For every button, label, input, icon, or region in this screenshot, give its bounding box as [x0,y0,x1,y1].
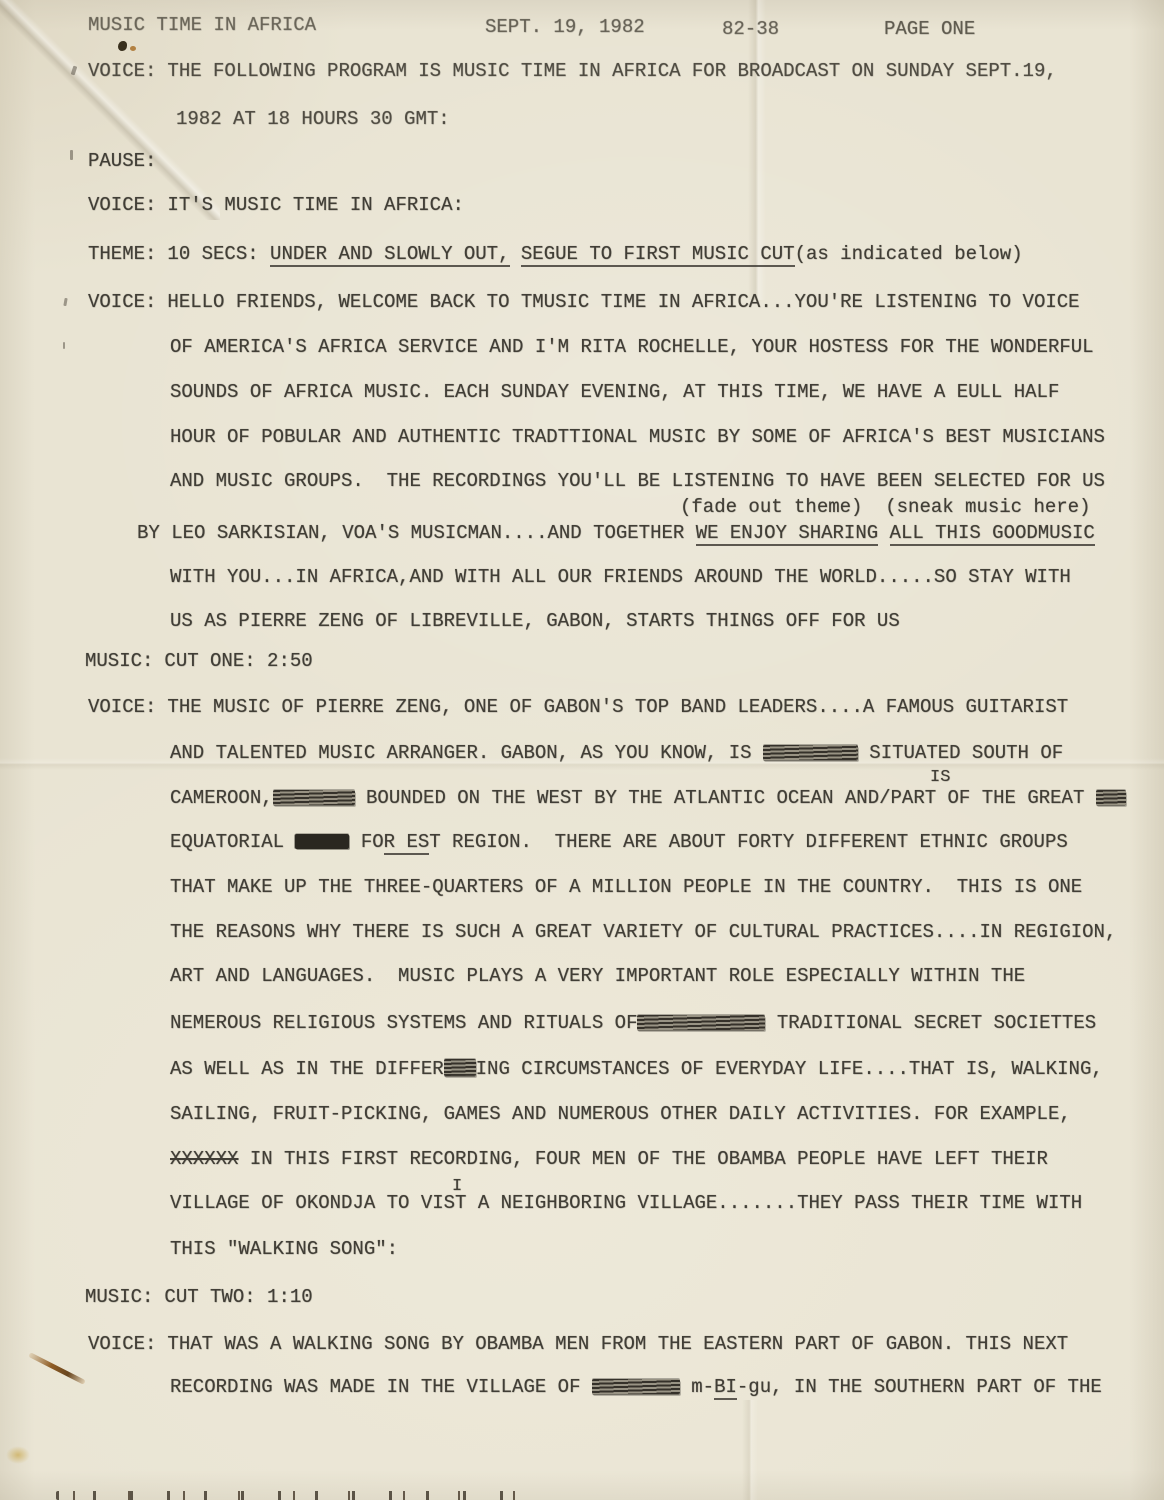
script-line: ART AND LANGUAGES. MUSIC PLAYS A VERY IM… [170,965,1025,987]
line-text: AS WELL AS IN THE DIFFER [170,1058,444,1080]
line-text: THE FOLLOWING PROGRAM IS MUSIC TIME IN A… [167,60,1056,82]
speaker-label: VOICE: [88,291,156,313]
line-text: (as indicated below) [795,243,1023,265]
speaker-label: VOICE: [88,1333,156,1355]
script-line: OF AMERICA'S AFRICA SERVICE AND I'M RITA… [170,336,1094,358]
stray-mark [63,298,67,306]
redaction-blot [637,1015,765,1030]
stray-mark [63,342,65,349]
script-line: PAUSE: [88,150,156,172]
speaker-label: MUSIC: [85,650,153,672]
script-line: CAMEROON, BOUNDED ON THE WEST BY THE ATL… [170,787,1126,809]
line-text: 10 SECS: [167,243,270,265]
script-line: VOICE:THAT WAS A WALKING SONG BY OBAMBA … [88,1333,1068,1355]
header-date: SEPT. 19, 1982 [485,16,645,38]
script-line: VILLAGE OF OKONDJA TO VIST A NEIGHBORING… [170,1192,1082,1214]
redaction-blot [763,745,858,760]
line-text: CUT TWO: 1:10 [164,1286,312,1308]
script-line: NEMEROUS RELIGIOUS SYSTEMS AND RITUALS O… [170,1012,1096,1034]
line-text: BOUNDED ON THE WEST BY THE ATLANTIC OCEA… [355,787,1096,809]
line-text: IT'S MUSIC TIME IN AFRICA: [167,194,463,216]
script-line: AND MUSIC GROUPS. THE RECORDINGS YOU'LL … [170,470,1105,492]
script-line: THE REASONS WHY THERE IS SUCH A GREAT VA… [170,921,1116,943]
underlined-text: ALL THIS GOODMUSIC [890,522,1095,546]
speaker-label: VOICE: [88,194,156,216]
scanned-typescript-page: { "doc": { "header": { "title": "MUSIC T… [0,0,1164,1500]
line-text [878,522,889,544]
redaction-blot [444,1059,476,1076]
stray-mark [71,66,78,76]
rust-dot [130,46,136,51]
script-line: SOUNDS OF AFRICA MUSIC. EACH SUNDAY EVEN… [170,381,1059,403]
line-text: THE MUSIC OF PIERRE ZENG, ONE OF GABON'S… [167,696,1068,718]
script-line: US AS PIERRE ZENG OF LIBREVILLE, GABON, … [170,610,900,632]
line-text: -gu, IN THE SOUTHERN PART OF THE [737,1376,1102,1398]
line-text: SITUATED SOUTH OF [858,742,1063,764]
script-line: AS WELL AS IN THE DIFFERING CIRCUMSTANCE… [170,1058,1103,1080]
underlined-text: SEGUE TO FIRST MUSIC CUT [521,243,795,267]
line-text: FO [349,831,383,853]
script-line: THEME:10 SECS: UNDER AND SLOWLY OUT, SEG… [88,243,1023,265]
script-line: MUSIC:CUT ONE: 2:50 [85,650,313,672]
redaction-blot [273,790,355,805]
script-line: MUSIC:CUT TWO: 1:10 [85,1286,313,1308]
scratch-stain [28,1352,86,1385]
script-line: VOICE:THE MUSIC OF PIERRE ZENG, ONE OF G… [88,696,1068,718]
script-line: RECORDING WAS MADE IN THE VILLAGE OF m-B… [170,1376,1102,1398]
page-title: MUSIC TIME IN AFRICA [88,14,316,36]
line-text: NEMEROUS RELIGIOUS SYSTEMS AND RITUALS O… [170,1012,637,1034]
struck-out-text: XXXXXX [170,1148,238,1170]
line-text: m- [680,1376,714,1398]
script-line: XXXXXX IN THIS FIRST RECORDING, FOUR MEN… [170,1148,1048,1170]
redaction-blot [1096,790,1126,805]
line-text: RECORDING WAS MADE IN THE VILLAGE OF [170,1376,592,1398]
underlined-text: BI [714,1376,737,1400]
script-line: VOICE:IT'S MUSIC TIME IN AFRICA: [88,194,464,216]
header-episode-code: 82-38 [722,18,779,40]
header-page-number: PAGE ONE [884,18,975,40]
speaker-label: MUSIC: [85,1286,153,1308]
fold-crease-bottom-center [742,1400,758,1500]
page-bottom-cutoff-text [56,1491,524,1500]
line-text: BY LEO SARKISIAN, VOA'S MUSICMAN....AND … [137,522,696,544]
line-text: ING CIRCUMSTANCES OF EVERYDAY LIFE....TH… [476,1058,1103,1080]
script-line: SAILING, FRUIT-PICKING, GAMES AND NUMERO… [170,1103,1071,1125]
stage-direction: (fade out theme) (sneak music here) [680,496,1090,518]
inserted-word: IS [930,767,950,789]
script-line: VOICE:HELLO FRIENDS, WELCOME BACK TO TMU… [88,291,1080,313]
speaker-label: THEME: [88,243,156,265]
script-line: WITH YOU...IN AFRICA,AND WITH ALL OUR FR… [170,566,1071,588]
redaction-blot [592,1379,680,1394]
line-text [510,243,521,265]
script-line: BY LEO SARKISIAN, VOA'S MUSICMAN....AND … [137,522,1095,544]
underlined-text: UNDER AND SLOWLY OUT, [270,243,509,267]
script-line: 1982 AT 18 HOURS 30 GMT: [176,108,450,130]
script-line: HOUR OF POBULAR AND AUTHENTIC TRADTTIONA… [170,426,1105,448]
line-text: HELLO FRIENDS, WELCOME BACK TO TMUSIC TI… [167,291,1079,313]
line-text: CUT ONE: 2:50 [164,650,312,672]
script-line: THAT MAKE UP THE THREE-QUARTERS OF A MIL… [170,876,1082,898]
redaction-blot [295,834,349,849]
underlined-text: WE ENJOY SHARING [696,522,878,546]
line-text: TRADITIONAL SECRET SOCIETTES [765,1012,1096,1034]
script-line: VOICE:THE FOLLOWING PROGRAM IS MUSIC TIM… [88,60,1057,82]
line-text: EQUATORIAL [170,831,295,853]
underlined-text: R ES [384,831,430,855]
line-text: AND TALENTED MUSIC ARRANGER. GABON, AS Y… [170,742,763,764]
speaker-label: VOICE: [88,696,156,718]
line-text: CAMEROON, [170,787,273,809]
script-line: THIS "WALKING SONG": [170,1238,398,1260]
line-text: IN THIS FIRST RECORDING, FOUR MEN OF THE… [238,1148,1048,1170]
stray-mark [70,150,73,160]
script-line: AND TALENTED MUSIC ARRANGER. GABON, AS Y… [170,742,1063,764]
speaker-label: VOICE: [88,60,156,82]
line-text: T REGION. THERE ARE ABOUT FORTY DIFFEREN… [429,831,1068,853]
ink-speck [118,41,127,51]
line-text: THAT WAS A WALKING SONG BY OBAMBA MEN FR… [167,1333,1068,1355]
script-line: EQUATORIAL FOR EST REGION. THERE ARE ABO… [170,831,1068,853]
yellow-stain [6,1446,30,1464]
